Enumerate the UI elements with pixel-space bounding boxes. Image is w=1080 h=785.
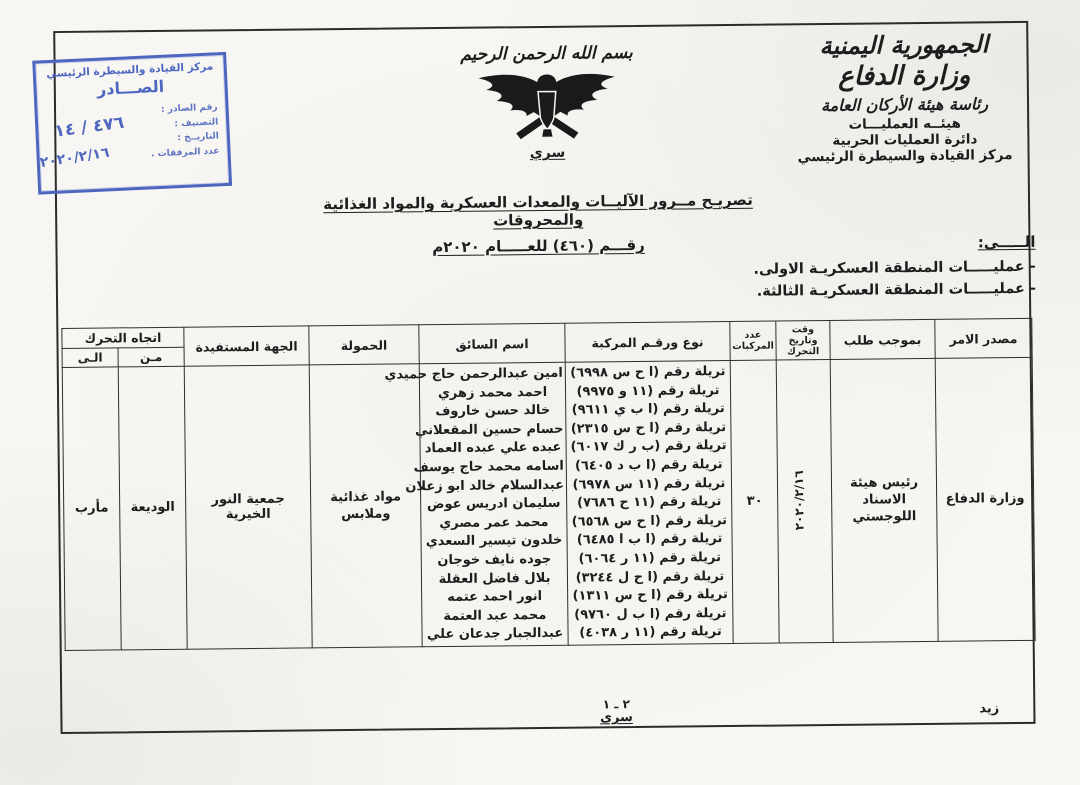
header-general-staff-line: رئاسة هيئة الأركان العامة xyxy=(747,92,1062,118)
permit-table: مصدر الامر بموجب طلب وقت وتاريخ التحرك ع… xyxy=(61,318,1035,651)
permit-title-line1: تصريـح مــرور الآليــات والمعدات العسكري… xyxy=(276,190,800,231)
driver-list: امين عبدالرحمن حاج حميدياحمد محمد زهريخا… xyxy=(422,365,566,645)
cell-from: الوديعة xyxy=(118,366,187,650)
cell-move-time-date: ٢٠٢٠/٢/١٦ xyxy=(776,359,833,642)
header-republic-line: الجمهورية اليمنية xyxy=(746,29,1061,62)
header-ministry-line: وزارة الدفاع xyxy=(747,59,1062,95)
cell-driver-list: امين عبدالرحمن حاج حميدياحمد محمد زهريخا… xyxy=(419,362,568,646)
cell-cargo: مواد غذائية وملابس xyxy=(309,364,422,648)
col-header-move-time-date: وقت وتاريخ التحرك xyxy=(776,320,830,360)
addressee-third-military-region: - عمليـــــات المنطقة العسكريـة الثالثة. xyxy=(699,278,1036,304)
scanned-document-page: مركز القيادة والسيطرة الرئيسي الصـــادر … xyxy=(0,0,1080,785)
table-row: وزارة الدفاع رئيس هيئة الاسناد اللوجستي … xyxy=(62,357,1035,650)
cell-vehicle-list: تريلة رقم (ا ح س ٦٩٩٨)تريلة رقم (١١ و ٩٩… xyxy=(565,361,733,646)
addressees-block: الـــــى: - عمليـــــات المنطقة العسكريـ… xyxy=(698,232,1036,304)
col-header-beneficiary: الجهة المستفيدة xyxy=(184,326,309,366)
move-date-vertical-text: ٢٠٢٠/٢/١٦ xyxy=(792,471,807,531)
ministry-header-block: الجمهورية اليمنية وزارة الدفاع رئاسة هيئ… xyxy=(746,29,1062,166)
document-tilt-container: مركز القيادة والسيطرة الرئيسي الصـــادر … xyxy=(0,0,1080,785)
classification-top-label: سري xyxy=(419,144,675,163)
col-header-from: مـن xyxy=(118,347,184,367)
yemen-eagle-emblem-icon xyxy=(419,64,676,145)
col-header-vehicle-type-number: نوع ورقـم المركبة xyxy=(565,322,730,363)
basmala-calligraphy: بسم الله الرحمن الرحيم xyxy=(418,43,674,66)
col-header-movement-direction: اتجاه التحرك xyxy=(62,327,184,348)
col-header-to: الـى xyxy=(62,348,118,368)
center-header-block: بسم الله الرحمن الرحيم سري xyxy=(418,43,675,163)
col-header-per-request: بموجب طلب xyxy=(830,319,935,359)
handwritten-initial: زيد xyxy=(979,701,999,716)
vehicle-list: تريلة رقم (ا ح س ٦٩٩٨)تريلة رقم (١١ و ٩٩… xyxy=(568,363,731,644)
col-header-cargo: الحمولة xyxy=(309,325,419,365)
cell-to: مأرب xyxy=(62,367,121,650)
col-header-driver-name: اسم السائق xyxy=(419,323,565,364)
classification-bottom-label: سرى xyxy=(583,710,649,726)
col-header-vehicle-count: عدد المركبات xyxy=(730,321,776,360)
cell-order-source: وزارة الدفاع xyxy=(935,357,1035,641)
header-command-center-line: مركز القيادة والسيطرة الرئيسي xyxy=(747,147,1062,166)
cell-beneficiary: جمعية النور الخيرية xyxy=(184,365,312,649)
col-header-order-source: مصدر الامر xyxy=(935,318,1032,358)
addressees-to-label: الـــــى: xyxy=(978,233,1036,252)
registry-stamp: مركز القيادة والسيطرة الرئيسي الصـــادر … xyxy=(32,52,232,195)
cell-per-request: رئيس هيئة الاسناد اللوجستي xyxy=(830,358,938,642)
